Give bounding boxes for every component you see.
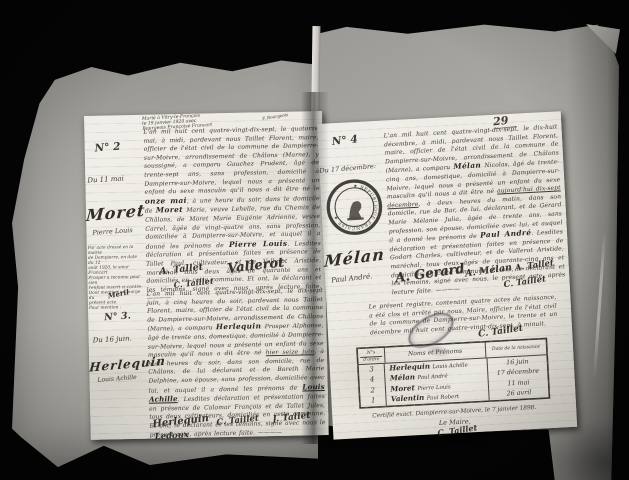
record-4-number: N° 4 [331,133,358,148]
record-3-date: Du 16 juin. [92,334,132,344]
record-2-number: N° 2 [94,141,121,155]
register-page-left: Marié à Vitry-le-François le 19 janvier … [84,111,329,440]
record-3-number: N° 3. [104,310,131,323]
record-3-signature-below: Ledoux [154,430,189,442]
stamp-seated-figure [348,201,362,219]
note-line: Pour mention : [89,305,143,311]
record-2-margin-note: Par acte dressé en la mairie de Dampierr… [88,245,143,311]
record-2-date: Du 11 mai [87,175,124,185]
record-2-body: L'an mil huit cent quatre-vingt-dix-sept… [143,125,322,304]
record-2-margin-name: Moret [85,201,146,226]
record-4-margin-firstnames: Paul André. [331,272,373,284]
microfilm-scan: Marié à Vitry-le-François le 19 janvier … [0,0,629,480]
record-3-margin-firstnames: Louis Achille [97,374,137,384]
register-closing-text: Le présent registre, contenant quatre ac… [368,294,558,338]
row-birth-date: 26 avril [489,387,548,401]
annotation-signature: F. Bourgeois [262,112,289,121]
header-order-number: N°s d'ordre [358,348,386,364]
record-4-margin-name: Mélan [324,244,386,271]
record-2-margin-firstnames: Pierre Louis [92,226,133,237]
official-round-stamp: ★ RÉPUBLIQUE FRANÇAISE ★ [324,177,385,238]
row-order-number: 1 [360,395,387,407]
register-page-right: 29 N° 4 Du 17 décembre: ★ RÉPUBLIQUE FRA… [317,111,577,439]
record-4-date: Du 17 décembre: [319,162,376,175]
annual-summary-table: N°s d'ordre Noms et Prénoms Date de la n… [357,338,550,408]
